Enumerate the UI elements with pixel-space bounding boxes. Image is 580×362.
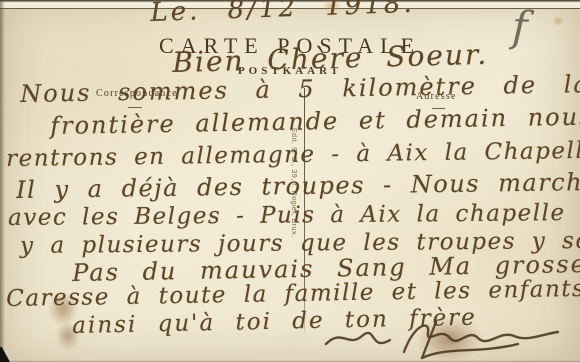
handwriting-line: avec les Belges - Puis à Aix la chapelle… xyxy=(8,200,580,231)
pencil-f-mark: f xyxy=(511,2,528,52)
signature-scrawl-icon xyxy=(318,318,568,362)
correspondance-underline xyxy=(128,107,142,108)
postcard-scan: CARTE POSTALE POSTKAART Correspondance A… xyxy=(0,0,580,362)
